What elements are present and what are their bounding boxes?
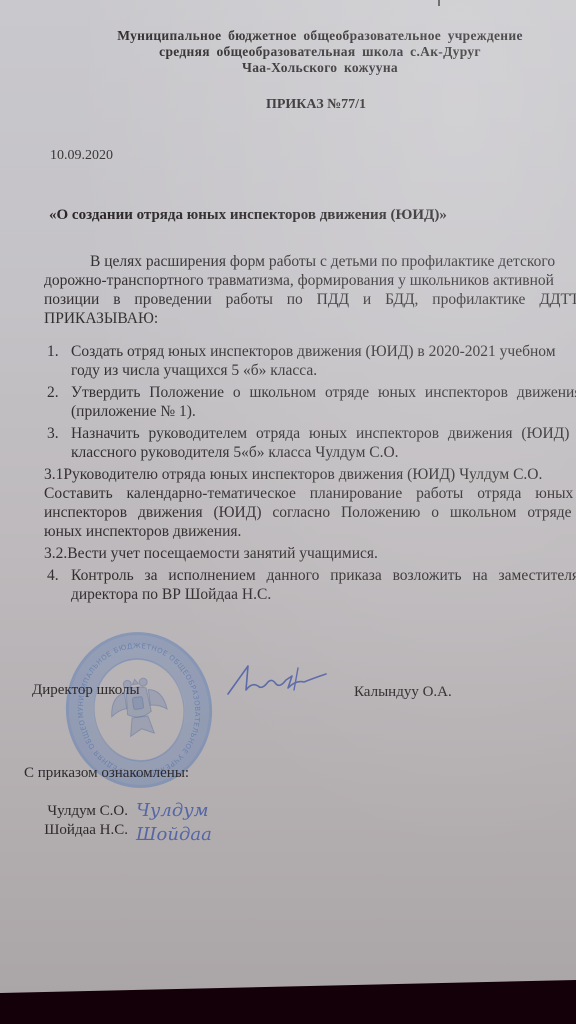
handwritten-signature-icon: Шойдаа [134, 818, 234, 848]
acknowledged-person-name: Чулдум С.О. [18, 803, 128, 820]
svg-text:Шойдаа: Шойдаа [135, 824, 212, 845]
director-role: Директор школы [32, 682, 140, 699]
acknowledged-person-name: Шойдаа Н.С. [18, 822, 128, 839]
acknowledgement-label: С приказом ознакомлены: [24, 765, 189, 782]
director-name: Калындуу О.А. [354, 684, 452, 701]
document-page: Муниципальное бюджетное общеобразователь… [0, 0, 576, 1000]
signature-block: МУНИЦИПАЛЬНОЕ БЮДЖЕТНОЕ ОБЩЕОБРАЗОВАТЕЛЬ… [0, 0, 576, 1000]
director-signature-icon [222, 660, 342, 700]
